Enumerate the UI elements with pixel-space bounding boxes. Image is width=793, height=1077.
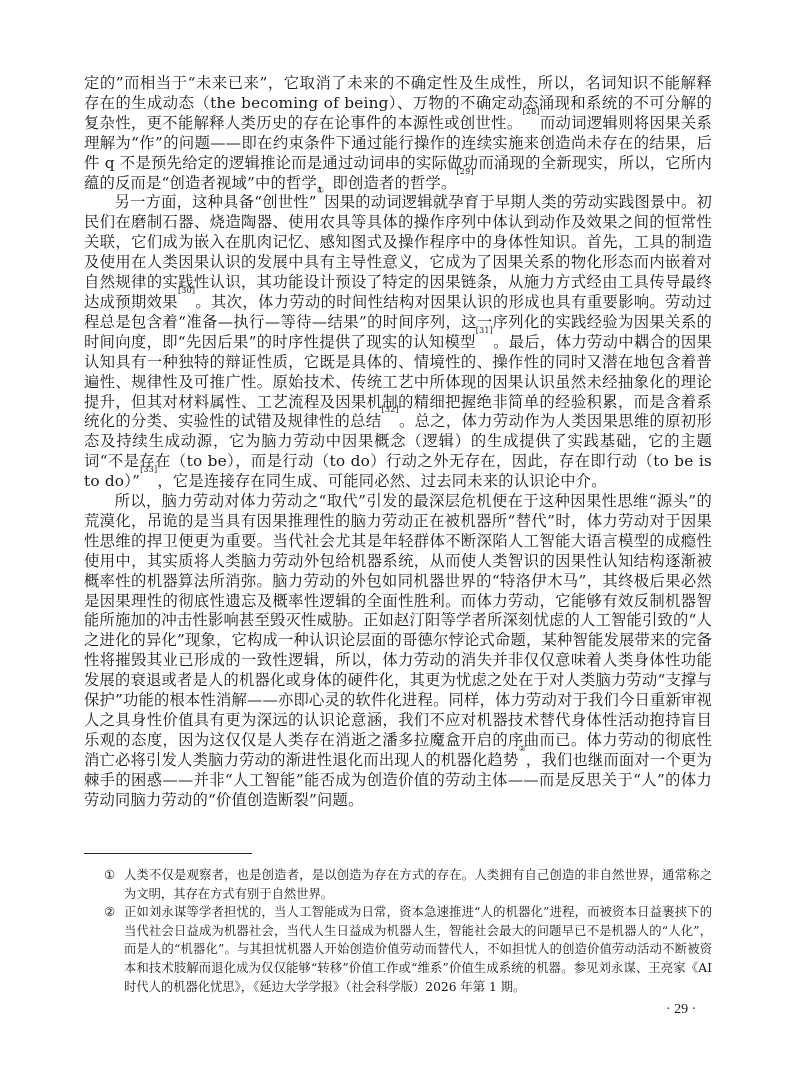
footnote-divider [84, 853, 252, 854]
footnote-2: ② 正如刘永谋等学者担忧的，当人工智能成为日常，资本急速推进“人的机器化”进程，… [104, 903, 712, 996]
paragraph: 另一方面，这种具备“创世性”①因果的动词逻辑就孕育于早期人类的劳动实践图景中。初… [84, 193, 712, 492]
citation-marker: [33] [140, 465, 157, 474]
page-number: · 29 · [666, 1002, 696, 1018]
citation-marker: [32] [382, 405, 399, 414]
citation-marker: [31] [476, 326, 493, 335]
footnote-text: 正如刘永谋等学者担忧的，当人工智能成为日常，资本急速推进“人的机器化”进程，而被… [124, 903, 712, 996]
citation-marker: [30] [178, 286, 195, 295]
paragraph: 定的”而相当于“未来已来”，它取消了未来的不确定性及生成性，所以，名词知识不能解… [84, 74, 712, 193]
footnote-1: ① 人类不仅是观察者，也是创造者，是以创造为存在方式的存在。人类拥有自己创造的非… [104, 866, 712, 903]
body-text: 定的”而相当于“未来已来”，它取消了未来的不确定性及生成性，所以，名词知识不能解… [84, 74, 712, 811]
footnote-marker: ① [104, 866, 124, 903]
footnote-text: 人类不仅是观察者，也是创造者，是以创造为存在方式的存在。人类拥有自己创造的非自然… [124, 866, 712, 903]
citation-marker: [28] [523, 107, 540, 116]
footnotes: ① 人类不仅是观察者，也是创造者，是以创造为存在方式的存在。人类拥有自己创造的非… [104, 866, 712, 996]
paragraph: 所以，脑力劳动对体力劳动之“取代”引发的最深层危机便在于这种因果性思维“源头”的… [84, 492, 712, 811]
citation-marker: [29] [456, 167, 473, 176]
citation-marker: ② [518, 744, 525, 753]
footnote-marker: ② [104, 903, 124, 996]
citation-marker: ① [317, 186, 324, 195]
